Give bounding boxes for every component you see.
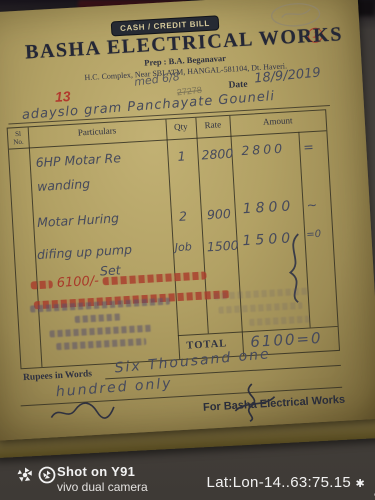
row2-paise: ~ [306, 197, 317, 213]
row1-rate: 2800 [201, 146, 234, 163]
vivo-watermark-icons [16, 466, 56, 484]
row2-particulars: Motar Huring [37, 210, 120, 230]
shutter-icon [38, 466, 56, 484]
row3-rate: 1500 [206, 238, 239, 255]
row1-particulars: 6HP Motar Re [35, 150, 121, 170]
header-rate: Rate [196, 119, 231, 131]
pen-brace [280, 230, 309, 310]
row3-paise: =0 [306, 229, 321, 241]
row3-qty: Job [174, 240, 192, 254]
rupees-in-words-label: Rupees in Words [23, 369, 92, 383]
row2-qty: 2 [179, 208, 188, 223]
signature-left [46, 398, 118, 431]
stamp-line [49, 325, 151, 338]
header-particulars: Particulars [28, 123, 166, 141]
red-scribble [31, 280, 53, 289]
row1-amount: 2800 [241, 141, 286, 158]
row1-qty: 1 [177, 148, 186, 163]
row1-paise: = [303, 139, 314, 155]
signature-right [226, 381, 279, 429]
row2-rate: 900 [207, 206, 232, 222]
red-note-amount: 6100/- [56, 274, 99, 291]
header-qty: Qty [166, 121, 197, 133]
stamp-line [75, 313, 121, 323]
camera-model-text: vivo dual camera [57, 480, 148, 494]
star-icon: ✱ [355, 478, 365, 490]
row3-particulars: difing up pump [37, 242, 133, 262]
stamp-line [56, 338, 146, 350]
stamp-line [218, 302, 302, 314]
row2-amount: 1800 [242, 198, 294, 217]
shot-on-text: Shot on Y91 [57, 464, 135, 479]
shutter-icon [16, 466, 34, 484]
gps-coordinates-text: Lat:Lon-14..63:75.15 ✱ [207, 474, 365, 491]
items-table: SlNo. Particulars Qty Rate Amount 6HP Mo… [7, 109, 340, 369]
stamp-line [249, 316, 309, 326]
date-label: Date [228, 80, 248, 91]
red-scribble [103, 271, 207, 285]
gps-value: Lat:Lon-14..63:75.15 [207, 474, 351, 491]
header-amount: Amount [229, 113, 325, 129]
row1-particulars2: wanding [37, 176, 91, 194]
